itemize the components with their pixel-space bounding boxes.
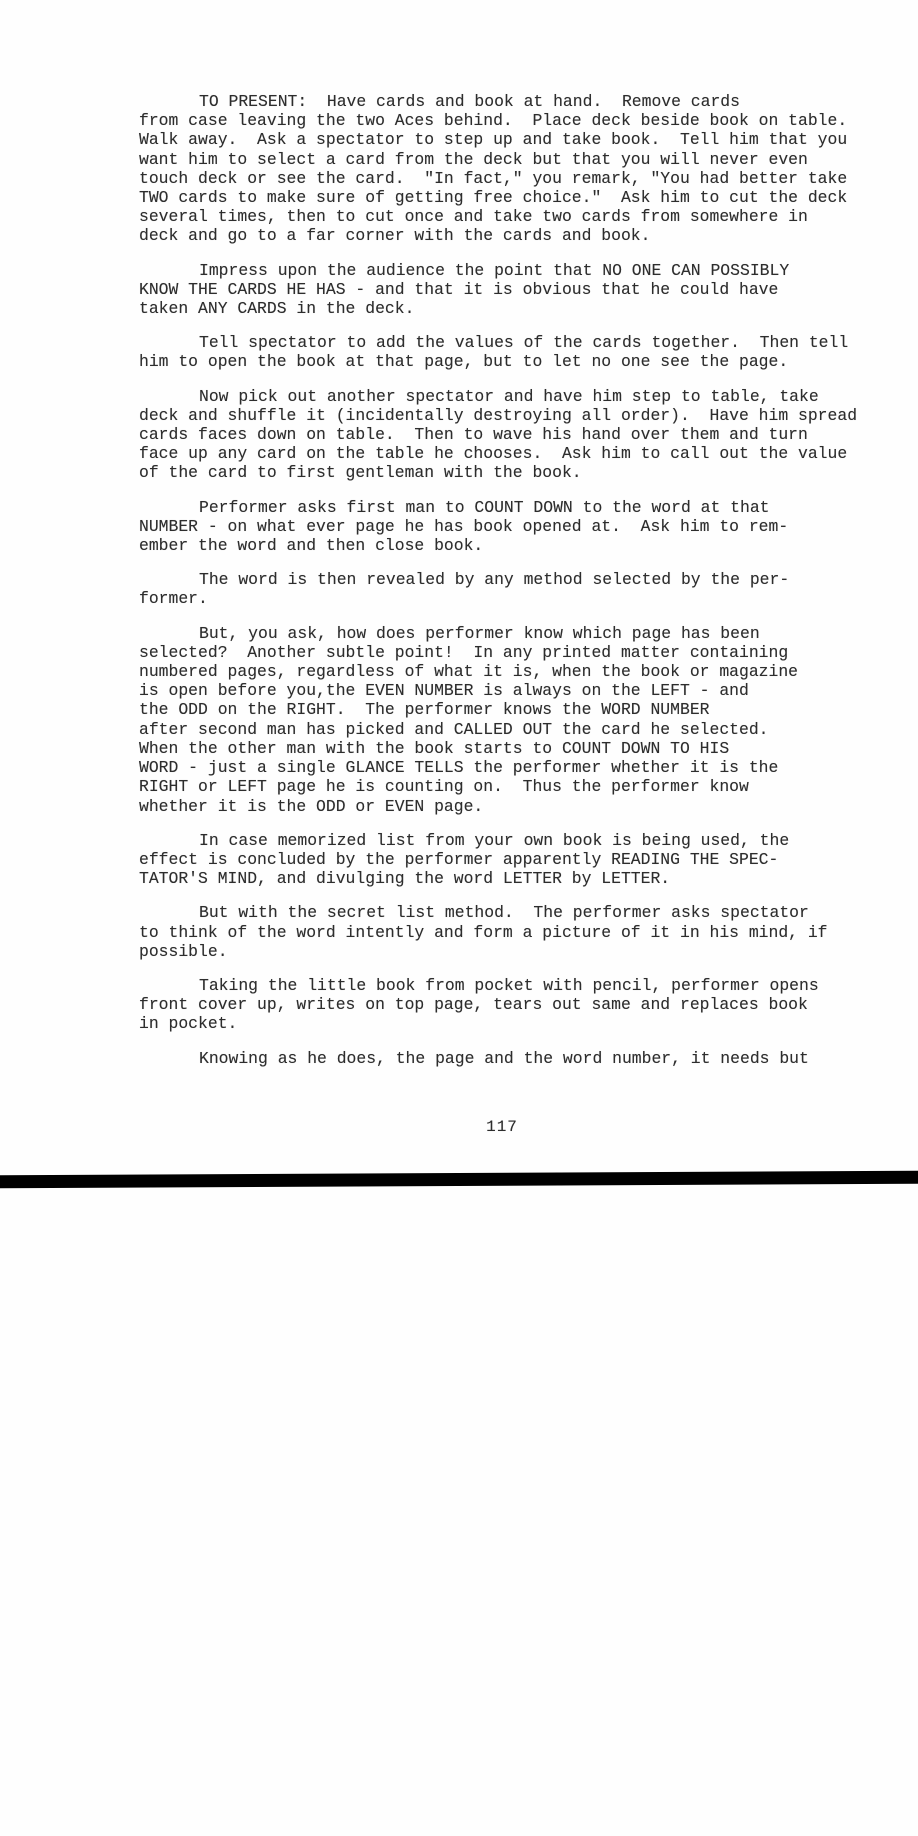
text-line: front cover up, writes on top page, tear… — [139, 995, 865, 1014]
text-line: Walk away. Ask a spectator to step up an… — [139, 130, 865, 149]
text-line: Impress upon the audience the point that… — [139, 261, 865, 280]
paragraph: But, you ask, how does performer know wh… — [139, 624, 865, 816]
text-line: RIGHT or LEFT page he is counting on. Th… — [139, 777, 865, 796]
text-line: The word is then revealed by any method … — [139, 570, 865, 589]
text-line: numbered pages, regardless of what it is… — [139, 662, 865, 681]
text-line: ember the word and then close book. — [139, 536, 865, 555]
text-line: taken ANY CARDS in the deck. — [139, 299, 865, 318]
text-line: from case leaving the two Aces behind. P… — [139, 111, 865, 130]
text-line: want him to select a card from the deck … — [139, 150, 865, 169]
text-line: of the card to first gentleman with the … — [139, 463, 865, 482]
text-line: touch deck or see the card. "In fact," y… — [139, 169, 865, 188]
paragraph: In case memorized list from your own boo… — [139, 831, 865, 889]
scan-artifact-bar — [0, 1171, 918, 1189]
page-number: 117 — [139, 1118, 865, 1136]
text-line: Performer asks first man to COUNT DOWN t… — [139, 498, 865, 517]
text-line: deck and go to a far corner with the car… — [139, 226, 865, 245]
paragraph: But with the secret list method. The per… — [139, 903, 865, 961]
text-line: Now pick out another spectator and have … — [139, 387, 865, 406]
text-line: in pocket. — [139, 1014, 865, 1033]
paragraph: Knowing as he does, the page and the wor… — [139, 1049, 865, 1068]
text-line: face up any card on the table he chooses… — [139, 444, 865, 463]
text-line: TATOR'S MIND, and divulging the word LET… — [139, 869, 865, 888]
text-line: KNOW THE CARDS HE HAS - and that it is o… — [139, 280, 865, 299]
paragraph: Tell spectator to add the values of the … — [139, 333, 865, 371]
text-line: whether it is the ODD or EVEN page. — [139, 797, 865, 816]
text-line: possible. — [139, 942, 865, 961]
text-line: to think of the word intently and form a… — [139, 923, 865, 942]
text-line: selected? Another subtle point! In any p… — [139, 643, 865, 662]
text-line: cards faces down on table. Then to wave … — [139, 425, 865, 444]
paragraph: Now pick out another spectator and have … — [139, 387, 865, 483]
text-line: TO PRESENT: Have cards and book at hand.… — [139, 92, 865, 111]
text-line: But with the secret list method. The per… — [139, 903, 865, 922]
text-line: WORD - just a single GLANCE TELLS the pe… — [139, 758, 865, 777]
text-line: several times, then to cut once and take… — [139, 207, 865, 226]
text-line: deck and shuffle it (incidentally destro… — [139, 406, 865, 425]
text-line: Tell spectator to add the values of the … — [139, 333, 865, 352]
paragraph: Impress upon the audience the point that… — [139, 261, 865, 319]
text-line: effect is concluded by the performer app… — [139, 850, 865, 869]
text-line: is open before you,the EVEN NUMBER is al… — [139, 681, 865, 700]
text-line: In case memorized list from your own boo… — [139, 831, 865, 850]
text-line: former. — [139, 589, 865, 608]
text-line: But, you ask, how does performer know wh… — [139, 624, 865, 643]
text-line: NUMBER - on what ever page he has book o… — [139, 517, 865, 536]
paragraph: Taking the little book from pocket with … — [139, 976, 865, 1034]
scanned-page: TO PRESENT: Have cards and book at hand.… — [0, 0, 918, 1836]
text-line: the ODD on the RIGHT. The performer know… — [139, 700, 865, 719]
text-line: Taking the little book from pocket with … — [139, 976, 865, 995]
text-line: TWO cards to make sure of getting free c… — [139, 188, 865, 207]
text-line: When the other man with the book starts … — [139, 739, 865, 758]
page-body-text: TO PRESENT: Have cards and book at hand.… — [139, 92, 865, 1083]
text-line: him to open the book at that page, but t… — [139, 352, 865, 371]
paragraph: Performer asks first man to COUNT DOWN t… — [139, 498, 865, 556]
text-line: Knowing as he does, the page and the wor… — [139, 1049, 865, 1068]
text-line: after second man has picked and CALLED O… — [139, 720, 865, 739]
paragraph: The word is then revealed by any method … — [139, 570, 865, 608]
paragraph: TO PRESENT: Have cards and book at hand.… — [139, 92, 865, 246]
